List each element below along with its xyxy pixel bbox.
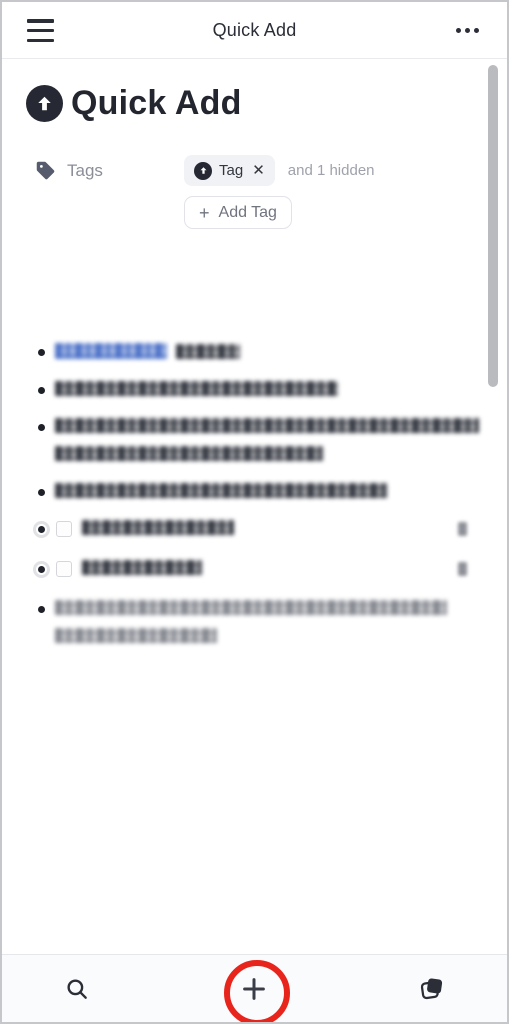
bullet-list — [38, 343, 483, 665]
collapsed-bullet-icon — [33, 521, 50, 538]
tag-chip-row: Tag ✕ and 1 hidden — [184, 155, 375, 186]
add-tag-button[interactable]: + Add Tag — [184, 196, 292, 229]
item-action-icon[interactable] — [458, 562, 467, 576]
bullet-icon — [38, 424, 45, 431]
checkbox[interactable] — [56, 561, 72, 577]
redacted-line — [82, 560, 458, 575]
topbar-title: Quick Add — [2, 20, 507, 41]
todo-item[interactable] — [38, 560, 483, 578]
add-note-button[interactable] — [239, 974, 269, 1004]
tag-chip-label: Tag — [219, 162, 243, 179]
page-heading: Quick Add — [26, 84, 242, 123]
list-item[interactable] — [38, 600, 483, 643]
app-window: Quick Add Quick Add Tags Tag ✕ and 1 hid… — [0, 0, 509, 1024]
scrollbar-thumb[interactable] — [488, 65, 498, 387]
redacted-text — [82, 520, 234, 535]
item-body — [55, 600, 483, 643]
hamburger-icon[interactable] — [27, 19, 54, 42]
arrow-up-circle-icon — [194, 162, 212, 180]
item-action-icon[interactable] — [458, 522, 467, 536]
item-body — [55, 381, 483, 396]
redacted-line — [55, 446, 483, 461]
tags-label: Tags — [67, 161, 103, 181]
stack-icon[interactable] — [418, 975, 445, 1002]
item-body — [82, 520, 458, 535]
bullet-icon — [38, 606, 45, 613]
redacted-line — [82, 520, 458, 535]
item-body — [55, 418, 483, 461]
redacted-line — [55, 483, 483, 498]
arrow-up-circle-icon — [26, 85, 63, 122]
list-item[interactable] — [38, 483, 483, 498]
page-title: Quick Add — [71, 84, 242, 123]
checkbox[interactable] — [56, 521, 72, 537]
redacted-text — [55, 483, 387, 498]
list-item[interactable] — [38, 418, 483, 461]
top-bar: Quick Add — [2, 2, 507, 59]
tag-chip[interactable]: Tag ✕ — [184, 155, 275, 186]
item-body — [82, 560, 458, 575]
redacted-line — [55, 381, 483, 396]
hidden-tags-note: and 1 hidden — [288, 162, 375, 179]
tags-property: Tags — [35, 160, 103, 181]
redacted-line — [55, 628, 483, 643]
bullet-icon — [38, 387, 45, 394]
add-tag-label: Add Tag — [219, 204, 277, 222]
list-item[interactable] — [38, 343, 483, 359]
redacted-text — [82, 560, 202, 575]
redacted-text — [55, 446, 323, 461]
redacted-line — [55, 418, 483, 433]
plus-icon: + — [199, 204, 210, 222]
close-icon[interactable]: ✕ — [250, 163, 265, 178]
redacted-line — [55, 343, 483, 359]
collapsed-bullet-icon — [33, 561, 50, 578]
list-item[interactable] — [38, 381, 483, 396]
search-icon[interactable] — [64, 976, 90, 1002]
redacted-text — [55, 628, 217, 643]
redacted-link[interactable] — [55, 343, 167, 359]
item-body — [55, 343, 483, 359]
redacted-text — [55, 418, 479, 433]
bullet-icon — [38, 349, 45, 356]
ellipsis-icon[interactable] — [456, 28, 479, 33]
redacted-text — [55, 381, 338, 396]
bottom-bar — [2, 954, 507, 1022]
item-body — [55, 483, 483, 498]
tag-icon — [35, 160, 56, 181]
redacted-line — [55, 600, 483, 615]
bullet-icon — [38, 489, 45, 496]
redacted-text — [176, 344, 240, 359]
todo-item[interactable] — [38, 520, 483, 538]
redacted-text — [55, 600, 447, 615]
